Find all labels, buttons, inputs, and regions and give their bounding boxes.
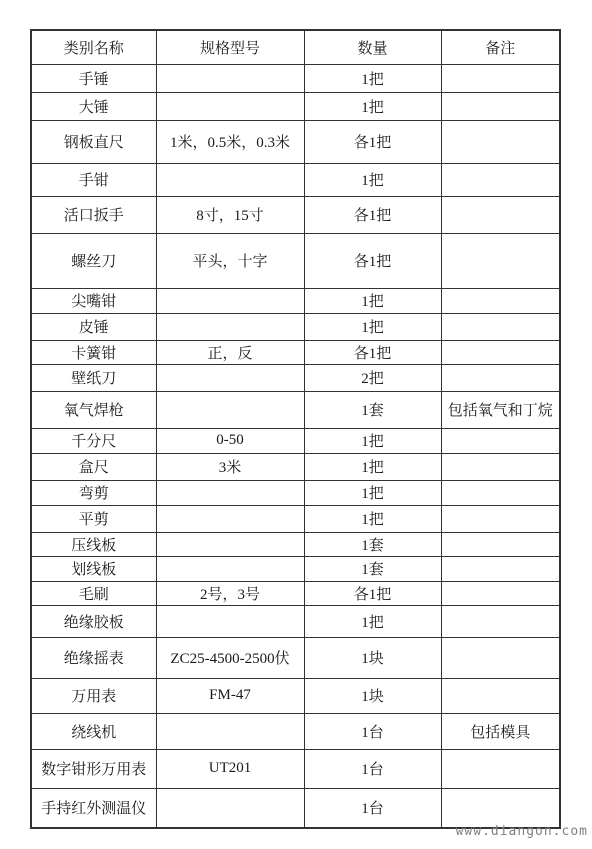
table-row: 绕线机1台包括模具 <box>31 713 560 749</box>
cell-spec <box>156 505 304 532</box>
cell-note <box>441 340 560 364</box>
cell-category: 皮锤 <box>31 313 156 340</box>
table-row: 皮锤1把 <box>31 313 560 340</box>
cell-spec: 3米 <box>156 453 304 480</box>
cell-quantity: 各1把 <box>304 233 441 288</box>
tool-inventory-table: 类别名称 规格型号 数量 备注 手锤1把大锤1把钢板直尺1米，0.5米，0.3米… <box>30 29 561 829</box>
table-row: 压线板1套 <box>31 532 560 556</box>
cell-spec: 0-50 <box>156 428 304 453</box>
table-row: 大锤1把 <box>31 92 560 120</box>
cell-spec <box>156 92 304 120</box>
cell-quantity: 1把 <box>304 605 441 637</box>
cell-category: 弯剪 <box>31 480 156 505</box>
cell-quantity: 1把 <box>304 505 441 532</box>
cell-note <box>441 480 560 505</box>
table-row: 壁纸刀2把 <box>31 364 560 391</box>
cell-note <box>441 163 560 196</box>
cell-category: 盒尺 <box>31 453 156 480</box>
cell-category: 数字钳形万用表 <box>31 749 156 788</box>
cell-quantity: 各1把 <box>304 581 441 605</box>
table-body: 手锤1把大锤1把钢板直尺1米，0.5米，0.3米各1把手钳1把活口扳手8寸，15… <box>31 64 560 828</box>
cell-spec <box>156 163 304 196</box>
cell-spec <box>156 788 304 828</box>
cell-spec <box>156 713 304 749</box>
cell-note <box>441 788 560 828</box>
cell-note: 包括氧气和丁烷 <box>441 391 560 428</box>
cell-quantity: 1把 <box>304 480 441 505</box>
cell-quantity: 1把 <box>304 313 441 340</box>
cell-quantity: 1台 <box>304 749 441 788</box>
cell-note <box>441 120 560 163</box>
table-row: 尖嘴钳1把 <box>31 288 560 313</box>
header-spec: 规格型号 <box>156 30 304 64</box>
cell-note <box>441 532 560 556</box>
cell-note <box>441 428 560 453</box>
cell-category: 万用表 <box>31 678 156 713</box>
cell-category: 手钳 <box>31 163 156 196</box>
table-row: 万用表FM-471块 <box>31 678 560 713</box>
cell-category: 平剪 <box>31 505 156 532</box>
cell-note <box>441 605 560 637</box>
cell-category: 大锤 <box>31 92 156 120</box>
cell-spec <box>156 313 304 340</box>
cell-quantity: 1把 <box>304 64 441 92</box>
cell-quantity: 1把 <box>304 92 441 120</box>
table-row: 手钳1把 <box>31 163 560 196</box>
cell-category: 氧气焊枪 <box>31 391 156 428</box>
cell-category: 手锤 <box>31 64 156 92</box>
table-row: 数字钳形万用表UT2011台 <box>31 749 560 788</box>
table-row: 划线板1套 <box>31 556 560 581</box>
header-note: 备注 <box>441 30 560 64</box>
cell-spec <box>156 605 304 637</box>
table-row: 钢板直尺1米，0.5米，0.3米各1把 <box>31 120 560 163</box>
document-page: 类别名称 规格型号 数量 备注 手锤1把大锤1把钢板直尺1米，0.5米，0.3米… <box>0 0 592 849</box>
cell-category: 壁纸刀 <box>31 364 156 391</box>
cell-note <box>441 364 560 391</box>
cell-note <box>441 64 560 92</box>
table-row: 活口扳手8寸，15寸各1把 <box>31 196 560 233</box>
cell-spec: UT201 <box>156 749 304 788</box>
cell-note <box>441 581 560 605</box>
cell-spec <box>156 480 304 505</box>
cell-quantity: 1把 <box>304 288 441 313</box>
cell-note <box>441 637 560 678</box>
cell-note <box>441 556 560 581</box>
cell-spec <box>156 364 304 391</box>
cell-quantity: 各1把 <box>304 196 441 233</box>
cell-quantity: 1把 <box>304 453 441 480</box>
cell-note <box>441 92 560 120</box>
cell-category: 钢板直尺 <box>31 120 156 163</box>
cell-quantity: 1把 <box>304 428 441 453</box>
cell-quantity: 2把 <box>304 364 441 391</box>
cell-spec: ZC25-4500-2500伏 <box>156 637 304 678</box>
cell-spec: 8寸，15寸 <box>156 196 304 233</box>
cell-category: 绕线机 <box>31 713 156 749</box>
cell-spec: 1米，0.5米，0.3米 <box>156 120 304 163</box>
cell-note <box>441 678 560 713</box>
cell-spec: 正，反 <box>156 340 304 364</box>
cell-quantity: 1套 <box>304 391 441 428</box>
cell-category: 尖嘴钳 <box>31 288 156 313</box>
cell-quantity: 1套 <box>304 532 441 556</box>
cell-note <box>441 288 560 313</box>
cell-note <box>441 233 560 288</box>
cell-spec <box>156 532 304 556</box>
cell-quantity: 各1把 <box>304 120 441 163</box>
cell-category: 绝缘摇表 <box>31 637 156 678</box>
cell-note <box>441 505 560 532</box>
cell-quantity: 1台 <box>304 788 441 828</box>
watermark: www.diangon.com <box>456 824 588 839</box>
table-row: 平剪1把 <box>31 505 560 532</box>
cell-category: 压线板 <box>31 532 156 556</box>
cell-category: 划线板 <box>31 556 156 581</box>
table-row: 绝缘摇表ZC25-4500-2500伏1块 <box>31 637 560 678</box>
cell-category: 手持红外测温仪 <box>31 788 156 828</box>
table-row: 绝缘胶板1把 <box>31 605 560 637</box>
table-row: 手持红外测温仪1台 <box>31 788 560 828</box>
cell-quantity: 1套 <box>304 556 441 581</box>
cell-spec <box>156 64 304 92</box>
table-row: 弯剪1把 <box>31 480 560 505</box>
cell-spec: FM-47 <box>156 678 304 713</box>
cell-category: 螺丝刀 <box>31 233 156 288</box>
cell-category: 活口扳手 <box>31 196 156 233</box>
cell-quantity: 1把 <box>304 163 441 196</box>
cell-note <box>441 749 560 788</box>
cell-quantity: 1块 <box>304 637 441 678</box>
cell-quantity: 1块 <box>304 678 441 713</box>
header-category: 类别名称 <box>31 30 156 64</box>
table-row: 千分尺0-501把 <box>31 428 560 453</box>
table-row: 手锤1把 <box>31 64 560 92</box>
cell-note <box>441 313 560 340</box>
table-row: 盒尺3米1把 <box>31 453 560 480</box>
cell-spec <box>156 556 304 581</box>
cell-spec <box>156 288 304 313</box>
cell-note <box>441 453 560 480</box>
cell-category: 绝缘胶板 <box>31 605 156 637</box>
cell-quantity: 各1把 <box>304 340 441 364</box>
header-quantity: 数量 <box>304 30 441 64</box>
table-row: 卡簧钳正，反各1把 <box>31 340 560 364</box>
cell-spec: 2号，3号 <box>156 581 304 605</box>
cell-category: 毛刷 <box>31 581 156 605</box>
table-row: 螺丝刀平头，十字各1把 <box>31 233 560 288</box>
cell-spec: 平头，十字 <box>156 233 304 288</box>
header-row: 类别名称 规格型号 数量 备注 <box>31 30 560 64</box>
table-row: 毛刷2号，3号各1把 <box>31 581 560 605</box>
cell-quantity: 1台 <box>304 713 441 749</box>
cell-note <box>441 196 560 233</box>
cell-category: 千分尺 <box>31 428 156 453</box>
table-row: 氧气焊枪1套包括氧气和丁烷 <box>31 391 560 428</box>
cell-note: 包括模具 <box>441 713 560 749</box>
cell-category: 卡簧钳 <box>31 340 156 364</box>
cell-spec <box>156 391 304 428</box>
